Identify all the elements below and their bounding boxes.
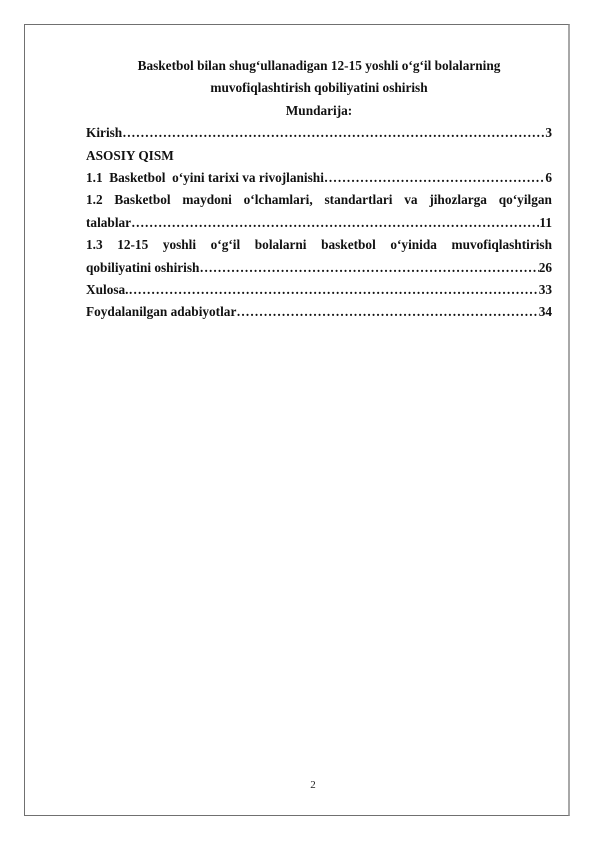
page-number: 2: [0, 779, 596, 791]
dot-leader: ……………………………………………………………………………………………………………: [131, 212, 539, 234]
toc-entry-word: qo‘yilgan: [499, 189, 552, 211]
toc-entry-1-2-line-2[interactable]: talablar ……………………………………………………………………………………: [86, 212, 552, 234]
toc-entry-xulosa[interactable]: Xulosa. ………………………………………………………………………………………: [86, 279, 552, 301]
toc-entry-label: qobiliyatini oshirish: [86, 257, 199, 279]
toc-entry-1-1[interactable]: 1.1 Basketbol o‘yini tarixi va rivojlani…: [86, 167, 552, 189]
document-body: Basketbol bilan shug‘ullanadigan 12-15 y…: [86, 55, 552, 324]
toc-entry-word: va: [404, 189, 417, 211]
toc-heading: Mundarija:: [86, 100, 552, 122]
toc-section-heading: ASOSIY QISM: [86, 145, 552, 167]
toc-entry-word: 1.3: [86, 234, 103, 256]
toc-entry-adabiyotlar[interactable]: Foydalanilgan adabiyotlar ………………………………………: [86, 301, 552, 323]
toc-entry-page: 26: [539, 257, 552, 279]
toc-entry-page: 3: [545, 122, 552, 144]
dot-leader: ……………………………………………………………………………………………………………: [324, 167, 545, 189]
toc-entry-1-3-line-1[interactable]: 1.312-15yoshlio‘g‘ilbolalarnibasketbolo‘…: [86, 234, 552, 256]
toc-entry-word: o‘lchamlari,: [244, 189, 313, 211]
toc-entry-word: maydoni: [182, 189, 232, 211]
toc-entry-word: basketbol: [321, 234, 376, 256]
toc-entry-label: Kirish: [86, 122, 122, 144]
document-title-line-2: muvofiqlashtirish qobiliyatini oshirish: [86, 77, 552, 99]
toc-entry-page: 33: [539, 279, 552, 301]
toc-entry-word: standartlari: [324, 189, 392, 211]
toc-entry-word: jihozlarga: [429, 189, 487, 211]
toc-entry-label: 1.1 Basketbol o‘yini tarixi va rivojlani…: [86, 167, 324, 189]
toc-entry-word: yoshli: [163, 234, 196, 256]
dot-leader: ……………………………………………………………………………………………………………: [199, 257, 538, 279]
toc-entry-page: 6: [545, 167, 552, 189]
toc-entry-label: Foydalanilgan adabiyotlar: [86, 301, 236, 323]
toc-entry-word: 12-15: [117, 234, 148, 256]
toc-entry-word: o‘g‘il: [211, 234, 241, 256]
toc-entry-word: Basketbol: [114, 189, 170, 211]
toc-entry-word: bolalarni: [255, 234, 307, 256]
toc-entry-1-2-line-1[interactable]: 1.2Basketbolmaydonio‘lchamlari,standartl…: [86, 189, 552, 211]
toc-entry-page: 34: [539, 301, 552, 323]
dot-leader: ……………………………………………………………………………………………………………: [236, 301, 538, 323]
toc-entry-label: talablar: [86, 212, 131, 234]
toc-entry-label: Xulosa.: [86, 279, 129, 301]
toc-entry-kirish[interactable]: Kirish …………………………………………………………………………………………: [86, 122, 552, 144]
dot-leader: ……………………………………………………………………………………………………………: [129, 279, 539, 301]
dot-leader: ……………………………………………………………………………………………………………: [122, 122, 545, 144]
toc-entry-word: muvofiqlashtirish: [452, 234, 553, 256]
toc-entry-word: 1.2: [86, 189, 103, 211]
toc-entry-page: 11: [539, 212, 552, 234]
toc-entry-word: o‘yinida: [390, 234, 437, 256]
toc-entry-1-3-line-2[interactable]: qobiliyatini oshirish …………………………………………………: [86, 257, 552, 279]
document-title-line-1: Basketbol bilan shug‘ullanadigan 12-15 y…: [86, 55, 552, 77]
